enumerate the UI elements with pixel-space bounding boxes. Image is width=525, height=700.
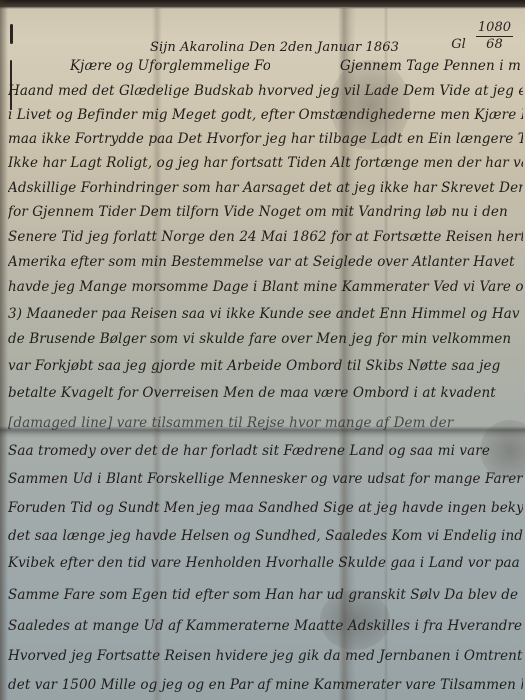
letter-line: Adskillige Forhindringer som har Aarsage…: [8, 180, 523, 196]
letter-line: Sammen Ud i Blant Forskellige Mennesker …: [8, 471, 523, 487]
letter-line: var Forkjøbt saa jeg gjorde mit Arbeide …: [8, 358, 523, 374]
letter-line: Saaledes at mange Ud af Kammeraterne Maa…: [8, 618, 523, 634]
letter-salutation: Kjære og Uforglemmelige Forældre: [70, 58, 270, 74]
letter-line: 3) Maaneder paa Reisen saa vi ikke Kunde…: [8, 306, 523, 322]
letter-line: Gjennem Tage Pennen i min: [340, 58, 520, 74]
letter-line: de Brusende Bølger som vi skulde fare ov…: [8, 331, 523, 347]
letter-line: Saa tromedy over det de har forladt sit …: [8, 443, 523, 459]
letter-dateline: Sijn Akarolina Den 2den Januar 1863: [150, 40, 525, 55]
letter-line: Ikke har Lagt Roligt, og jeg har fortsat…: [8, 155, 523, 171]
letter-line: betalte Kvagelt for Overreisen Men de ma…: [8, 385, 523, 401]
letter-line: Kvibek efter den tid vare Henholden Hvor…: [8, 555, 523, 571]
letter-line-damaged: [damaged line] vare tilsammen til Rejse …: [8, 415, 523, 431]
letter-line: Haand med det Glædelige Budskab hvorved …: [8, 83, 523, 99]
letter-line: i Livet og Befinder mig Meget godt, efte…: [8, 107, 523, 123]
letter-line: Samme Fare som Egen tid efter som Han ha…: [8, 587, 523, 603]
letter-line: det var 1500 Mille og jeg og en Par af m…: [8, 677, 523, 693]
letter-line: for Gjennem Tider Dem tilforn Vide Noget…: [8, 204, 523, 220]
letter-body: Sijn Akarolina Den 2den Januar 1863 Kjær…: [0, 0, 525, 700]
letter-line: maa ikke Fortrydde paa Det Hvorfor jeg h…: [8, 131, 523, 147]
letter-line: Amerika efter som min Bestemmelse var at…: [8, 254, 523, 270]
letter-line: havde jeg Mange morsomme Dage i Blant mi…: [8, 279, 523, 295]
letter-line: Hvorved jeg Fortsatte Reisen hvidere jeg…: [8, 648, 523, 664]
letter-line: Foruden Tid og Sundt Men jeg maa Sandhed…: [8, 500, 523, 516]
letter-line: det saa længe jeg havde Helsen og Sundhe…: [8, 528, 523, 544]
letter-line: Senere Tid jeg forlatt Norge den 24 Mai …: [8, 229, 523, 245]
scanned-letter-page: Gl 1080 68 Sijn Akarolina Den 2den Janua…: [0, 0, 525, 700]
